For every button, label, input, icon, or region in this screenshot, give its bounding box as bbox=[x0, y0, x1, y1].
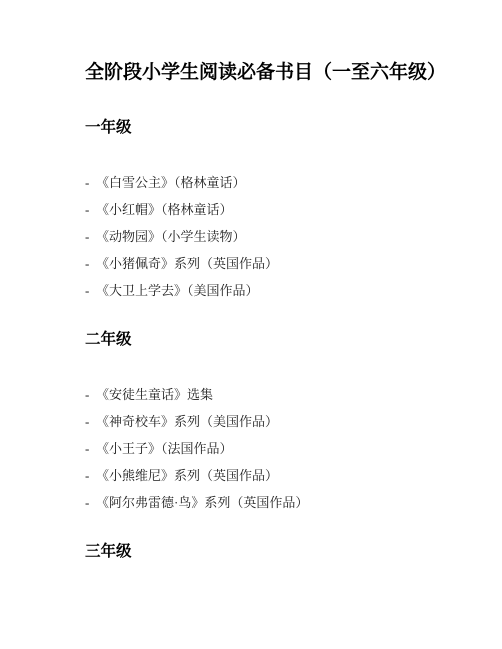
grade-1-heading: 一年级 bbox=[85, 119, 456, 136]
document-page: 全阶段小学生阅读必备书目（一至六年级） 一年级 -《白雪公主》（格林童话） -《… bbox=[0, 0, 502, 649]
book-entry: 《安徒生童话》选集 bbox=[96, 387, 213, 402]
book-list-item: -《小红帽》（格林童话） bbox=[85, 196, 456, 223]
book-entry: 《大卫上学去》（美国作品） bbox=[96, 283, 259, 298]
list-bullet: - bbox=[85, 489, 96, 516]
book-list-item: -《白雪公主》（格林童话） bbox=[85, 169, 456, 196]
list-bullet: - bbox=[85, 196, 96, 223]
book-list-item: -《动物园》（小学生读物） bbox=[85, 223, 456, 250]
grade-2-heading: 二年级 bbox=[85, 331, 456, 348]
book-list-item: -《小王子》（法国作品） bbox=[85, 435, 456, 462]
list-bullet: - bbox=[85, 462, 96, 489]
list-bullet: - bbox=[85, 381, 96, 408]
list-bullet: - bbox=[85, 223, 96, 250]
book-entry: 《小猪佩奇》系列（英国作品） bbox=[96, 256, 278, 271]
book-entry: 《小王子》（法国作品） bbox=[96, 441, 233, 456]
book-entry: 《动物园》（小学生读物） bbox=[96, 229, 246, 244]
list-bullet: - bbox=[85, 250, 96, 277]
list-bullet: - bbox=[85, 277, 96, 304]
book-list-item: -《安徒生童话》选集 bbox=[85, 381, 456, 408]
book-entry: 《神奇校车》系列（美国作品） bbox=[96, 414, 278, 429]
book-list-item: -《大卫上学去》（美国作品） bbox=[85, 277, 456, 304]
list-bullet: - bbox=[85, 408, 96, 435]
list-bullet: - bbox=[85, 435, 96, 462]
document-title: 全阶段小学生阅读必备书目（一至六年级） bbox=[85, 61, 456, 85]
grade-1-book-list: -《白雪公主》（格林童话） -《小红帽》（格林童话） -《动物园》（小学生读物）… bbox=[85, 169, 456, 304]
grade-3-heading: 三年级 bbox=[85, 543, 456, 560]
book-list-item: -《小猪佩奇》系列（英国作品） bbox=[85, 250, 456, 277]
book-entry: 《小熊维尼》系列（英国作品） bbox=[96, 468, 278, 483]
book-list-item: -《小熊维尼》系列（英国作品） bbox=[85, 462, 456, 489]
section-grade-2: 二年级 -《安徒生童话》选集 -《神奇校车》系列（美国作品） -《小王子》（法国… bbox=[85, 331, 456, 516]
grade-2-book-list: -《安徒生童话》选集 -《神奇校车》系列（美国作品） -《小王子》（法国作品） … bbox=[85, 381, 456, 516]
book-entry: 《白雪公主》（格林童话） bbox=[96, 175, 246, 190]
section-grade-1: 一年级 -《白雪公主》（格林童话） -《小红帽》（格林童话） -《动物园》（小学… bbox=[85, 119, 456, 304]
book-entry: 《小红帽》（格林童话） bbox=[96, 202, 233, 217]
list-bullet: - bbox=[85, 169, 96, 196]
book-list-item: -《阿尔弗雷德·鸟》系列（英国作品） bbox=[85, 489, 456, 516]
book-entry: 《阿尔弗雷德·鸟》系列（英国作品） bbox=[96, 495, 308, 510]
section-grade-3: 三年级 bbox=[85, 543, 456, 560]
book-list-item: -《神奇校车》系列（美国作品） bbox=[85, 408, 456, 435]
